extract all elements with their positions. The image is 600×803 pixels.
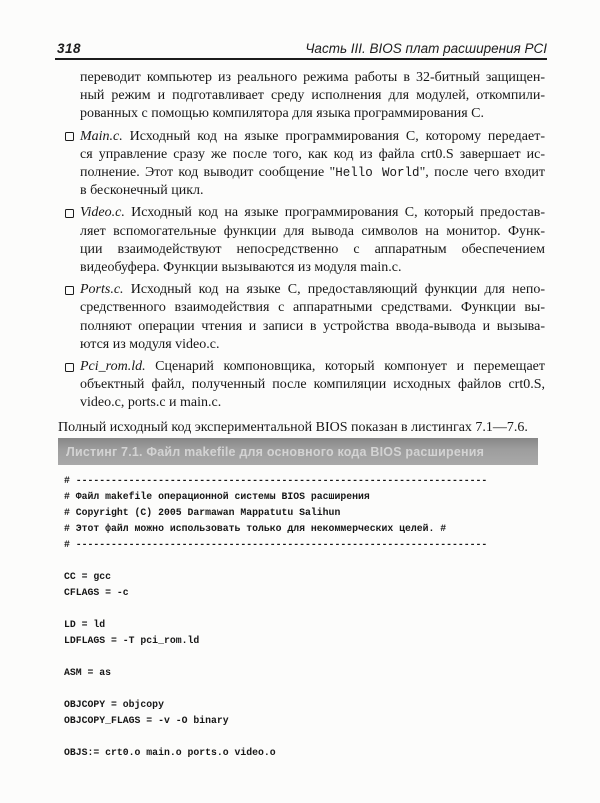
text-line: ются из модуля video.c. (80, 336, 545, 354)
text-line: объектный файл, полученный после компиля… (80, 376, 545, 394)
text-line: средственного взаимодействия с аппаратны… (80, 299, 545, 317)
text-line: Main.c. Исходный код на языке программир… (80, 128, 545, 146)
page-number: 318 (57, 41, 81, 56)
text-line: видеобуфера. Функции вызываются из модул… (80, 259, 545, 277)
text-line: Pci_rom.ld. Сценарий компоновщика, котор… (80, 358, 545, 376)
text-line: Video.c. Исходный код на языке программи… (80, 204, 545, 222)
text-line: полняют операции чтения и записи в устро… (80, 318, 545, 336)
bullet-text: Main.c. Исходный код на языке программир… (80, 128, 545, 201)
bullet-item-pci-rom-ld: Pci_rom.ld. Сценарий компоновщика, котор… (80, 358, 545, 413)
bullet-item-ports-c: Ports.c. Исходный код на языке С, предос… (80, 281, 545, 354)
text-line: ляет вспомогательные функции для вывода … (80, 223, 545, 241)
intro-paragraph: переводит компьютер из реального режима … (80, 69, 545, 124)
bullet-square-icon (65, 209, 74, 218)
page-header: 318 Часть III. BIOS плат расширения PCI (57, 41, 547, 56)
bullet-list: Main.c. Исходный код на языке программир… (0, 128, 600, 413)
text-line: переводит компьютер из реального режима … (80, 69, 545, 87)
book-page-scan: 318 Часть III. BIOS плат расширения PCI … (0, 0, 600, 803)
text-line: ный режим и подготавливает среду исполне… (80, 87, 545, 105)
text-line: Ports.c. Исходный код на языке С, предос… (80, 281, 545, 299)
bullet-text: Video.c. Исходный код на языке программи… (80, 204, 545, 277)
bullet-text: Pci_rom.ld. Сценарий компоновщика, котор… (80, 358, 545, 413)
text-line: в бесконечный цикл. (80, 182, 545, 200)
listing-caption: Листинг 7.1. Файл makefile для основного… (58, 438, 538, 465)
bullet-item-main-c: Main.c. Исходный код на языке программир… (80, 128, 545, 201)
text-line: рованных с помощью компилятора для языка… (80, 105, 545, 123)
listing-caption-label: Листинг 7.1. Файл makefile для основного… (66, 445, 484, 459)
bullet-square-icon (65, 132, 74, 141)
closing-paragraph: Полный исходный код экспериментальной BI… (58, 419, 545, 437)
text-line: ся управление сразу же после того, как к… (80, 146, 545, 164)
bullet-square-icon (65, 363, 74, 372)
text-line: video.c, ports.c и main.c. (80, 394, 545, 412)
text-line: Полный исходный код экспериментальной BI… (58, 419, 545, 437)
text-line: полнение. Этот код выводит сообщение "He… (80, 164, 545, 182)
bullet-square-icon (65, 286, 74, 295)
text-line: ции взаимодействуют непосредственно с ап… (80, 241, 545, 259)
running-title: Часть III. BIOS плат расширения PCI (305, 41, 547, 56)
bullet-text: Ports.c. Исходный код на языке С, предос… (80, 281, 545, 354)
bullet-item-video-c: Video.c. Исходный код на языке программи… (80, 204, 545, 277)
body-text: переводит компьютер из реального режима … (0, 66, 600, 437)
makefile-code-block: # --------------------------------------… (64, 473, 487, 761)
header-rule (55, 58, 547, 60)
